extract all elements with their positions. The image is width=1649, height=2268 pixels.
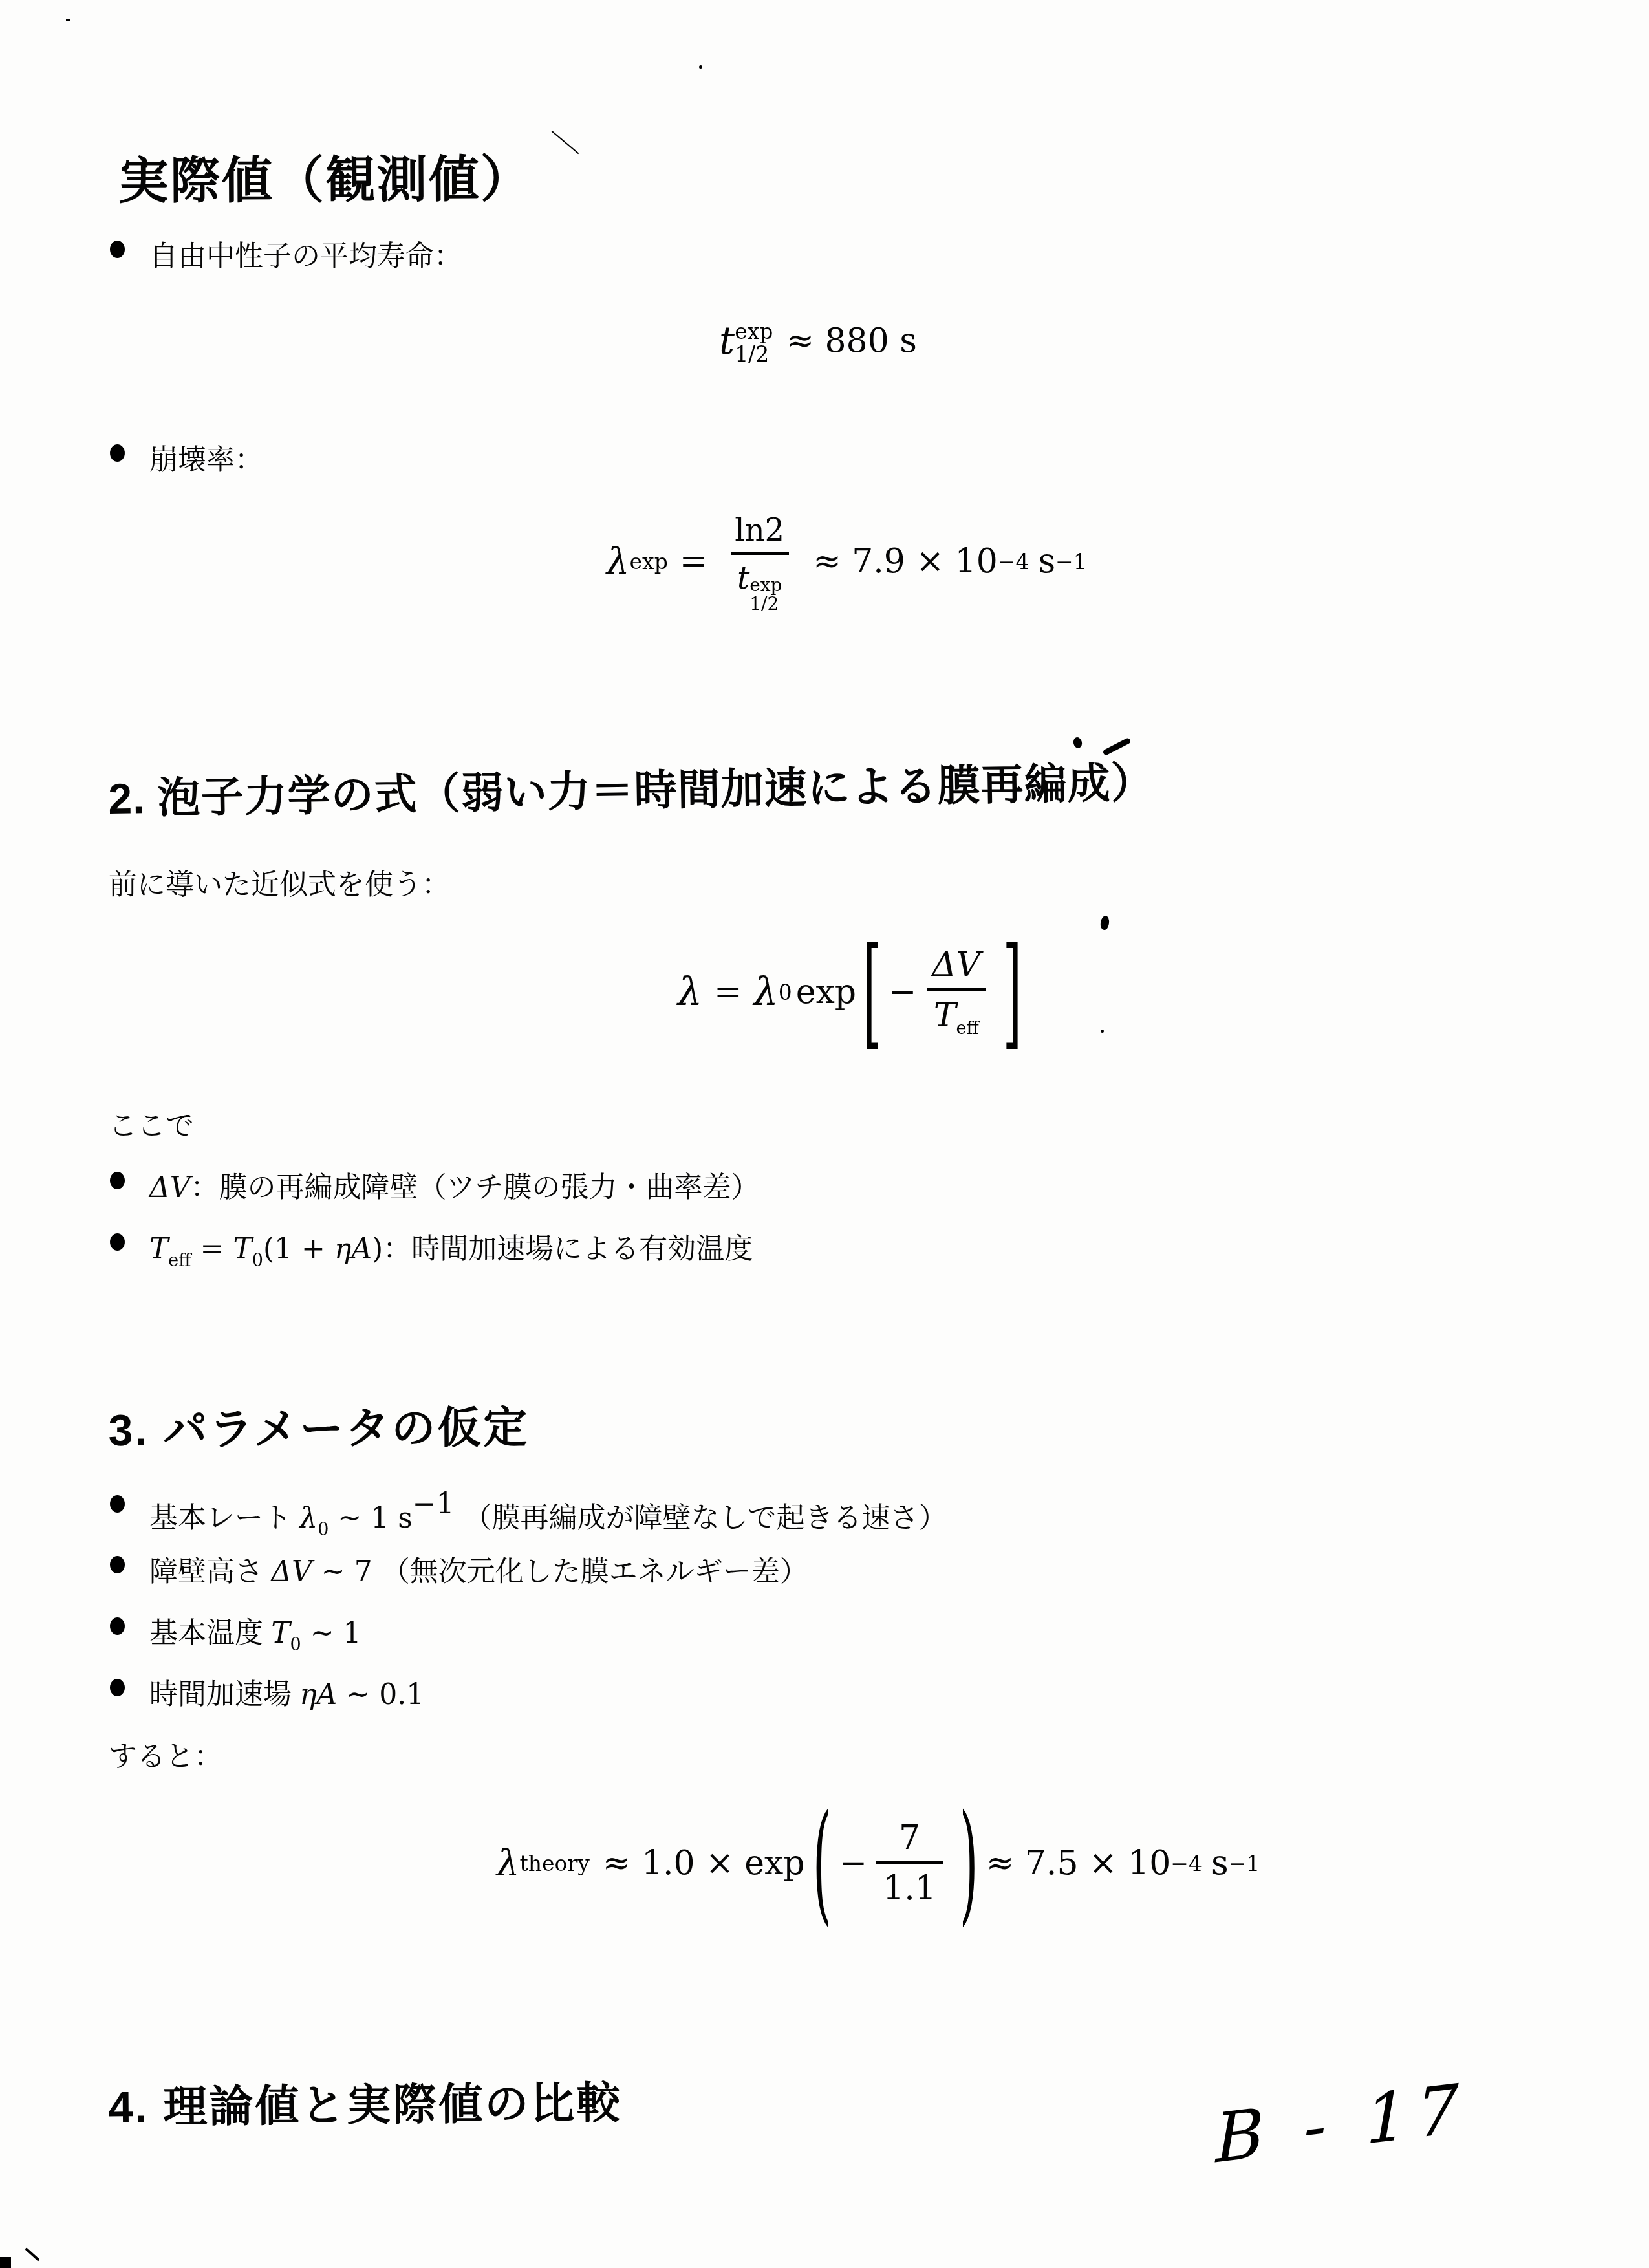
- left-paren: (: [813, 1798, 832, 1928]
- bullet-label: 時間加速場 ηA ~ 0.1: [149, 1671, 424, 1712]
- page-title: 実際値（観測値）: [118, 139, 532, 213]
- equals-sign: =: [191, 1233, 233, 1266]
- right-paren: ): [960, 1798, 978, 1928]
- section-2-heading: 2. 泡子力学の式（弱い力＝時間加速による膜再編成）: [108, 748, 1155, 826]
- text-pre: 障壁高さ: [149, 1556, 271, 1588]
- subscript: exp: [630, 549, 668, 574]
- text-pre: 時間加速場: [149, 1679, 299, 1711]
- denominator: texp1/2: [731, 552, 789, 611]
- section-3-heading: 3. パラメータの仮定: [108, 1392, 529, 1458]
- scanned-document-page: 実際値（観測値） 自由中性子の平均寿命： t exp 1/2 ≈ 880 s 崩…: [0, 0, 1649, 2268]
- bullet-icon: [110, 1556, 125, 1573]
- math-mid: ~ 1 s: [329, 1502, 412, 1535]
- math-deltaV: ΔV: [149, 1171, 191, 1204]
- intro-text: 前に導いた近似式を使う：: [109, 861, 450, 903]
- minus-sign: −: [839, 1844, 868, 1883]
- halflife-formula: t exp 1/2 ≈ 880 s: [719, 318, 917, 363]
- where-label: ここで: [109, 1103, 194, 1144]
- math-var-lambda: λ: [299, 1502, 318, 1535]
- list-item: 自由中性子の平均寿命：: [110, 233, 462, 274]
- list-item: 時間加速場 ηA ~ 0.1: [110, 1671, 424, 1712]
- math-var-t: t: [719, 318, 735, 363]
- math-var-T0: T: [233, 1233, 252, 1266]
- denominator: 1.1: [876, 1861, 943, 1908]
- math-approx: ≈ 7.9 × 10: [813, 542, 998, 581]
- subscript: 0: [318, 1520, 329, 1540]
- bullet-icon: [110, 241, 125, 258]
- bullet-label: 崩壊率：: [149, 437, 263, 478]
- bullet-text: ：時間加速場による有効温度: [383, 1233, 753, 1265]
- math-mid: ~ 7: [312, 1555, 372, 1588]
- list-item: 障壁高さ ΔV ~ 7（無次元化した膜エネルギー差）: [110, 1548, 808, 1590]
- denominator: Teff: [927, 988, 986, 1039]
- unit: s: [1211, 1844, 1229, 1883]
- text-pre: 基本温度: [149, 1617, 271, 1649]
- ink-blob-mark: [1100, 915, 1110, 931]
- unit: s: [1038, 542, 1055, 581]
- math-var-T: T: [149, 1233, 168, 1266]
- ink-speck: [699, 65, 702, 69]
- ink-dot-mark: [1072, 737, 1083, 750]
- bullet-icon: [110, 1617, 125, 1635]
- minus-sign: −: [889, 973, 917, 1011]
- subscript: 1/2: [735, 343, 769, 366]
- math-mid: ~ 0.1: [337, 1678, 424, 1711]
- math-var-T: T: [271, 1617, 290, 1650]
- bullet-label: Teff = T0(1 + ηA)：時間加速場による有効温度: [149, 1226, 753, 1271]
- exponent: −4: [1170, 1851, 1202, 1876]
- list-item: ΔV：膜の再編成障壁（ツチ膜の張力・曲率差）: [110, 1164, 760, 1205]
- math-var-lambda: λ: [678, 969, 702, 1015]
- math-etaA: ηA: [334, 1233, 372, 1266]
- text-post: （膜再編成が障壁なしで起きる速さ）: [464, 1502, 947, 1534]
- bullet-label: ΔV：膜の再編成障壁（ツチ膜の張力・曲率差）: [149, 1164, 760, 1205]
- ink-speck: [1101, 1030, 1104, 1033]
- bullet-icon: [110, 1172, 125, 1189]
- unit-exponent: −1: [1055, 549, 1087, 574]
- exponent: −4: [998, 549, 1029, 574]
- fraction: 7 1.1: [876, 1819, 943, 1908]
- math-deltaV: ΔV: [271, 1555, 312, 1588]
- scan-edge-mark: [0, 2257, 11, 2268]
- math-var-lambda0: λ: [754, 969, 779, 1015]
- math-approx: ≈ 1.0 × exp: [603, 1844, 805, 1883]
- bullet-label: 基本温度 T0 ~ 1: [149, 1610, 361, 1655]
- then-label: すると：: [109, 1733, 222, 1775]
- theory-rate-formula: λtheory ≈ 1.0 × exp ( − 7 1.1 ) ≈ 7.5 × …: [497, 1819, 1260, 1908]
- unit-exponent: −1: [1229, 1851, 1260, 1876]
- fraction: ΔV Teff: [925, 945, 987, 1039]
- list-item: Teff = T0(1 + ηA)：時間加速場による有効温度: [110, 1226, 753, 1271]
- fraction: ln2 texp1/2: [728, 512, 791, 611]
- scan-edge-mark: [25, 2247, 39, 2262]
- superscript: exp: [749, 576, 782, 594]
- numerator: 7: [892, 1819, 927, 1861]
- math-var-lambda: λ: [497, 1842, 520, 1885]
- supsub-stack: exp 1/2: [735, 321, 773, 365]
- bullet-icon: [110, 1495, 125, 1513]
- numerator: ΔV: [925, 945, 987, 988]
- right-bracket: ]: [1002, 932, 1022, 1052]
- superscript: exp: [735, 321, 773, 343]
- math-rhs: ≈ 880 s: [786, 321, 917, 360]
- math-var-T: T: [934, 996, 956, 1035]
- numerator: ln2: [728, 512, 791, 552]
- list-item: 基本レート λ0 ~ 1 s−1（膜再編成が障壁なしで起きる速さ）: [110, 1487, 947, 1540]
- section-4-heading: 4. 理論値と実際値の比較: [108, 2068, 622, 2135]
- math-approx2: ≈ 7.5 × 10: [986, 1844, 1171, 1883]
- scan-scratch-mark: [552, 131, 579, 154]
- exponent: −1: [413, 1487, 455, 1520]
- math-var-t: t: [737, 560, 749, 596]
- text-pre: 基本レート: [149, 1502, 299, 1534]
- subscript: eff: [168, 1251, 191, 1271]
- exp-operator: exp: [796, 973, 856, 1011]
- bullet-text: ：膜の再編成障壁（ツチ膜の張力・曲率差）: [191, 1172, 760, 1204]
- math-etaA: ηA: [299, 1678, 337, 1711]
- decay-rate-formula: λexp = ln2 texp1/2 ≈ 7.9 × 10−4 s−1: [607, 512, 1087, 611]
- bullet-icon: [110, 444, 125, 462]
- equals-sign: =: [680, 542, 708, 581]
- text-post: （無次元化した膜エネルギー差）: [382, 1556, 808, 1588]
- bullet-label: 自由中性子の平均寿命：: [149, 233, 462, 274]
- math-var-lambda: λ: [607, 541, 630, 583]
- equals-sign: =: [714, 973, 742, 1011]
- paren-open: (1 +: [263, 1233, 334, 1266]
- handwritten-page-number: B - 17: [1214, 2068, 1469, 2179]
- subscript: 1/2: [749, 594, 779, 613]
- subscript: 0: [252, 1251, 263, 1271]
- ink-speck: [66, 19, 70, 21]
- subscript: 0: [290, 1635, 301, 1655]
- bullet-icon: [110, 1679, 125, 1696]
- supsub-stack: exp1/2: [749, 576, 782, 614]
- bullet-label: 障壁高さ ΔV ~ 7（無次元化した膜エネルギー差）: [149, 1548, 808, 1590]
- list-item: 基本温度 T0 ~ 1: [110, 1610, 361, 1655]
- subscript: eff: [956, 1019, 979, 1039]
- list-item: 崩壊率：: [110, 437, 263, 478]
- subscript: 0: [779, 980, 792, 1005]
- left-bracket: [: [863, 932, 882, 1052]
- bullet-label: 基本レート λ0 ~ 1 s−1（膜再編成が障壁なしで起きる速さ）: [149, 1487, 947, 1540]
- math-mid: ~ 1: [301, 1617, 361, 1650]
- paren-close: ): [372, 1233, 383, 1266]
- membrane-rate-formula: λ = λ0 exp [ − ΔV Teff ]: [678, 945, 1028, 1039]
- bullet-icon: [110, 1233, 125, 1251]
- subscript: theory: [520, 1851, 590, 1876]
